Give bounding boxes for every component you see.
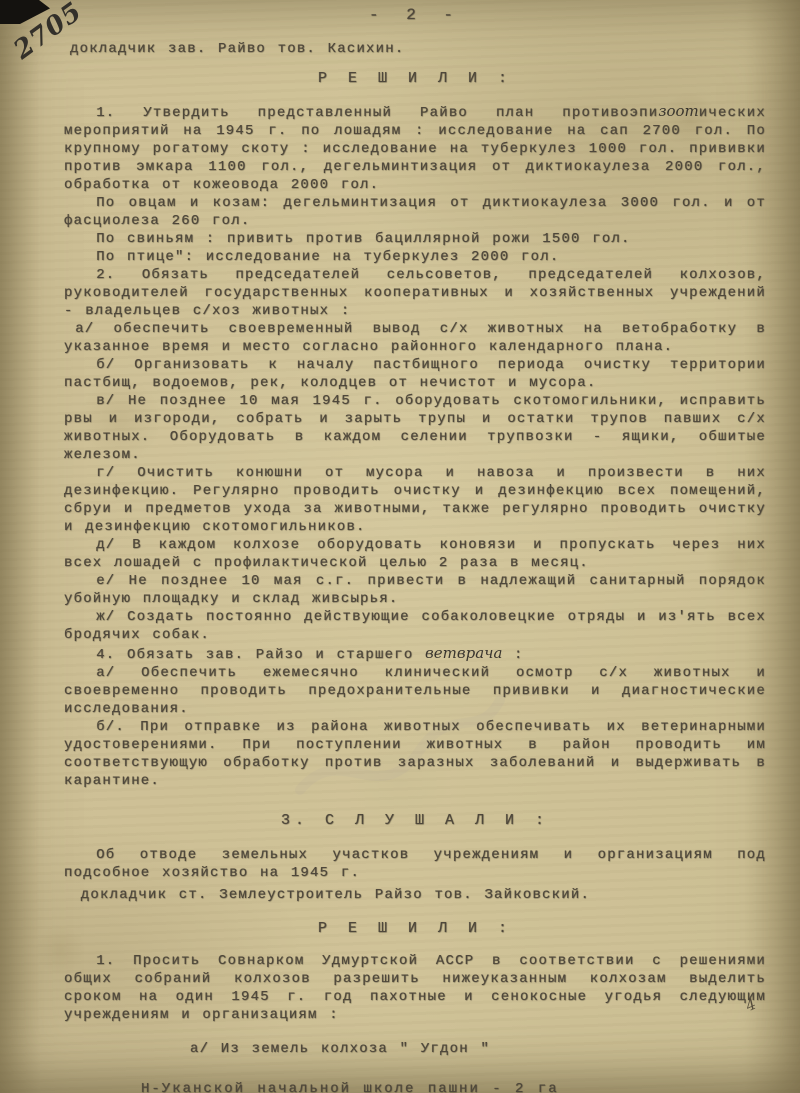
para-sub-e: е/ Не позднее 10 мая с.г. привести в над… bbox=[64, 572, 766, 608]
line-kolkhoz-ugdon: а/ Из земель колхоза " Угдон " bbox=[190, 1040, 766, 1058]
para-sub-a: а/ обеспечить своевременный вывод с/х жи… bbox=[64, 320, 766, 356]
document-scan-page: 2705 - 2 - докладчик зав. Райво тов. Кас… bbox=[0, 0, 800, 1093]
para-sub-b: б/ Организовать к началу пастбищного пер… bbox=[64, 356, 766, 392]
line-school-allotment: Н-Уканской начальной школе пашни - 2 га bbox=[141, 1080, 766, 1093]
typed-text-block: - 2 - докладчик зав. Райво тов. Касихин.… bbox=[64, 6, 766, 1093]
para-sub-zh: ж/ Создать постоянно действующие собакол… bbox=[64, 608, 766, 644]
para-item1-typed-pre: 1. Утвердить представленный Райво план п… bbox=[96, 105, 658, 121]
para-sub-d: д/ В каждом колхозе оборудовать коновязи… bbox=[64, 536, 766, 572]
heading-slushali-3: 3. С Л У Ш А Л И : bbox=[64, 812, 766, 830]
para-agenda-land: Об отводе земельных участков учреждениям… bbox=[64, 846, 766, 882]
para-pigs: По свиньям : привить против бациллярной … bbox=[64, 230, 766, 248]
para-item2-obligate: 2. Обязать председателей сельсоветов, пр… bbox=[64, 266, 766, 320]
para-item4-sub-b: б/. При отправке из района животных обес… bbox=[64, 718, 766, 790]
page-number: - 2 - bbox=[64, 6, 766, 24]
para-sub-v: в/ Не позднее 10 мая 1945 г. оборудовать… bbox=[64, 392, 766, 464]
heading-reshili-2: Р Е Ш И Л И : bbox=[64, 920, 766, 938]
speaker-line: докладчик зав. Райво тов. Касихин. bbox=[70, 40, 766, 58]
para-item1-plan: 1. Утвердить представленный Райво план п… bbox=[64, 102, 766, 194]
para-sheep-goats: По овцам и козам: дегельминтизация от ди… bbox=[64, 194, 766, 230]
para-sub-g: г/ Очистить конюшни от мусора и навоза и… bbox=[64, 464, 766, 536]
para-item4-sub-a: а/ Обеспечить ежемесячно клинический осм… bbox=[64, 664, 766, 718]
para-item4-typed-pre: 4. Обязать зав. Райзо и старшего bbox=[96, 647, 425, 663]
para-item4-obligate: 4. Обязать зав. Райзо и старшего ветврач… bbox=[64, 644, 766, 664]
handwritten-insert-zoot: зоот bbox=[658, 102, 698, 120]
para-poultry: По птице": исследование на туберкулез 20… bbox=[64, 248, 766, 266]
para-item4-typed-post: : bbox=[502, 647, 523, 663]
handwritten-insert-vetvrach: ветврача bbox=[425, 644, 502, 662]
para-sovnarkom-request: 1. Просить Совнарком Удмуртской АССР в с… bbox=[64, 952, 766, 1024]
heading-reshili-1: Р Е Ш И Л И : bbox=[64, 70, 766, 88]
speaker-line-2: докладчик ст. Землеустроитель Райзо тов.… bbox=[64, 886, 766, 904]
